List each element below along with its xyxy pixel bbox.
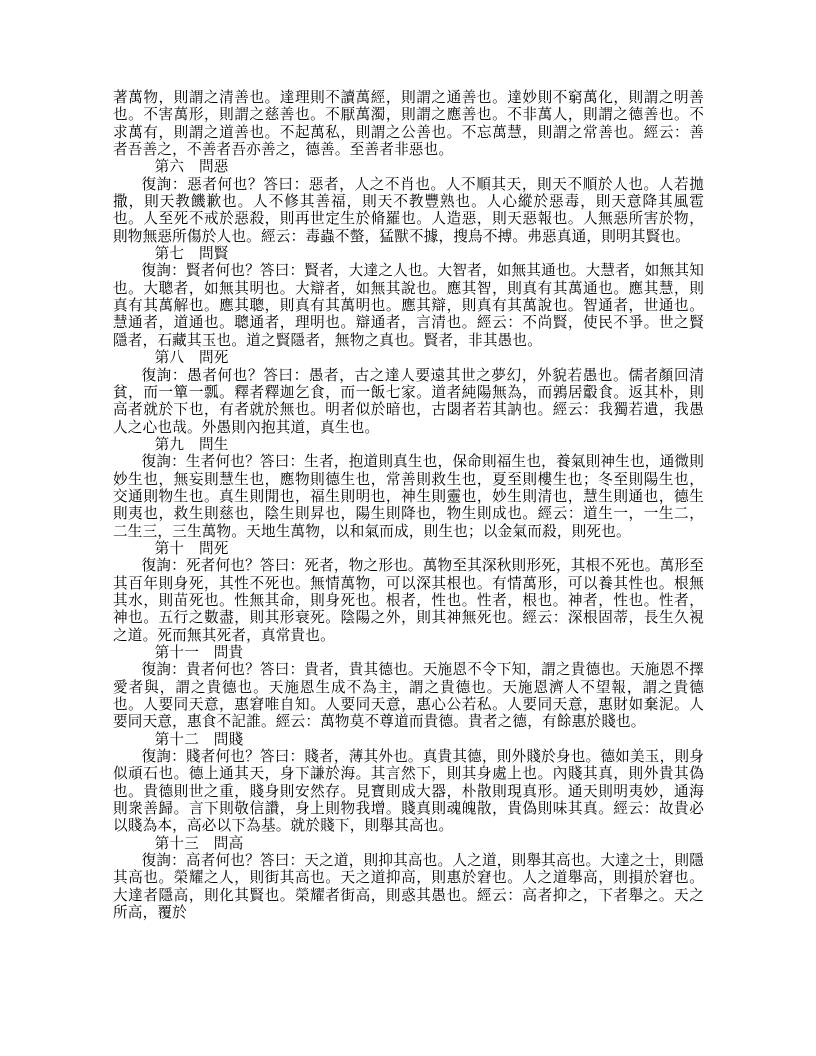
body-paragraph: 復詢：惡者何也？答曰：惡者，人之不肖也。人不順其天，則天不順於人也。人若拋撒，則…	[113, 176, 704, 245]
section-heading: 第十三 問高	[113, 835, 704, 852]
section-heading: 第十二 問賤	[113, 731, 704, 748]
body-paragraph: 復詢：貴者何也？答曰：貴者，貴其德也。天施恩不令下知，謂之貴德也。天施恩不擇愛者…	[113, 661, 704, 730]
document-page: 著萬物，則謂之清善也。達理則不讀萬經，則謂之通善也。達妙則不窮萬化，則謂之明善也…	[0, 0, 816, 1056]
text-content: 著萬物，則謂之清善也。達理則不讀萬經，則謂之通善也。達妙則不窮萬化，則謂之明善也…	[113, 89, 704, 922]
body-paragraph: 復詢：愚者何也？答曰：愚者，古之達人要遠其世之夢幻，外貌若愚也。儒者顏回清貧，而…	[113, 367, 704, 436]
body-paragraph: 復詢：死者何也？答曰：死者，物之形也。萬物至其深秋則形死，其根不死也。萬形至其百…	[113, 557, 704, 644]
section-heading: 第八 問死	[113, 349, 704, 366]
body-paragraph: 復詢：賢者何也？答曰：賢者，大達之人也。大智者，如無其通也。大慧者，如無其知也。…	[113, 262, 704, 349]
section-heading: 第六 問惡	[113, 158, 704, 175]
section-heading: 第十 問死	[113, 540, 704, 557]
section-heading: 第七 問賢	[113, 245, 704, 262]
body-paragraph: 復詢：生者何也？答曰：生者，抱道則真生也，保命則福生也，養氣則神生也，通微則妙生…	[113, 453, 704, 540]
body-paragraph: 復詢：賤者何也？答曰：賤者，薄其外也。真貴其德，則外賤於身也。德如美玉，則身似頑…	[113, 748, 704, 835]
body-paragraph: 復詢：高者何也？答曰：天之道，則抑其高也。人之道，則舉其高也。大達之士，則隱其高…	[113, 852, 704, 921]
section-heading: 第十一 問貴	[113, 644, 704, 661]
section-heading: 第九 問生	[113, 436, 704, 453]
body-paragraph: 著萬物，則謂之清善也。達理則不讀萬經，則謂之通善也。達妙則不窮萬化，則謂之明善也…	[113, 89, 704, 158]
